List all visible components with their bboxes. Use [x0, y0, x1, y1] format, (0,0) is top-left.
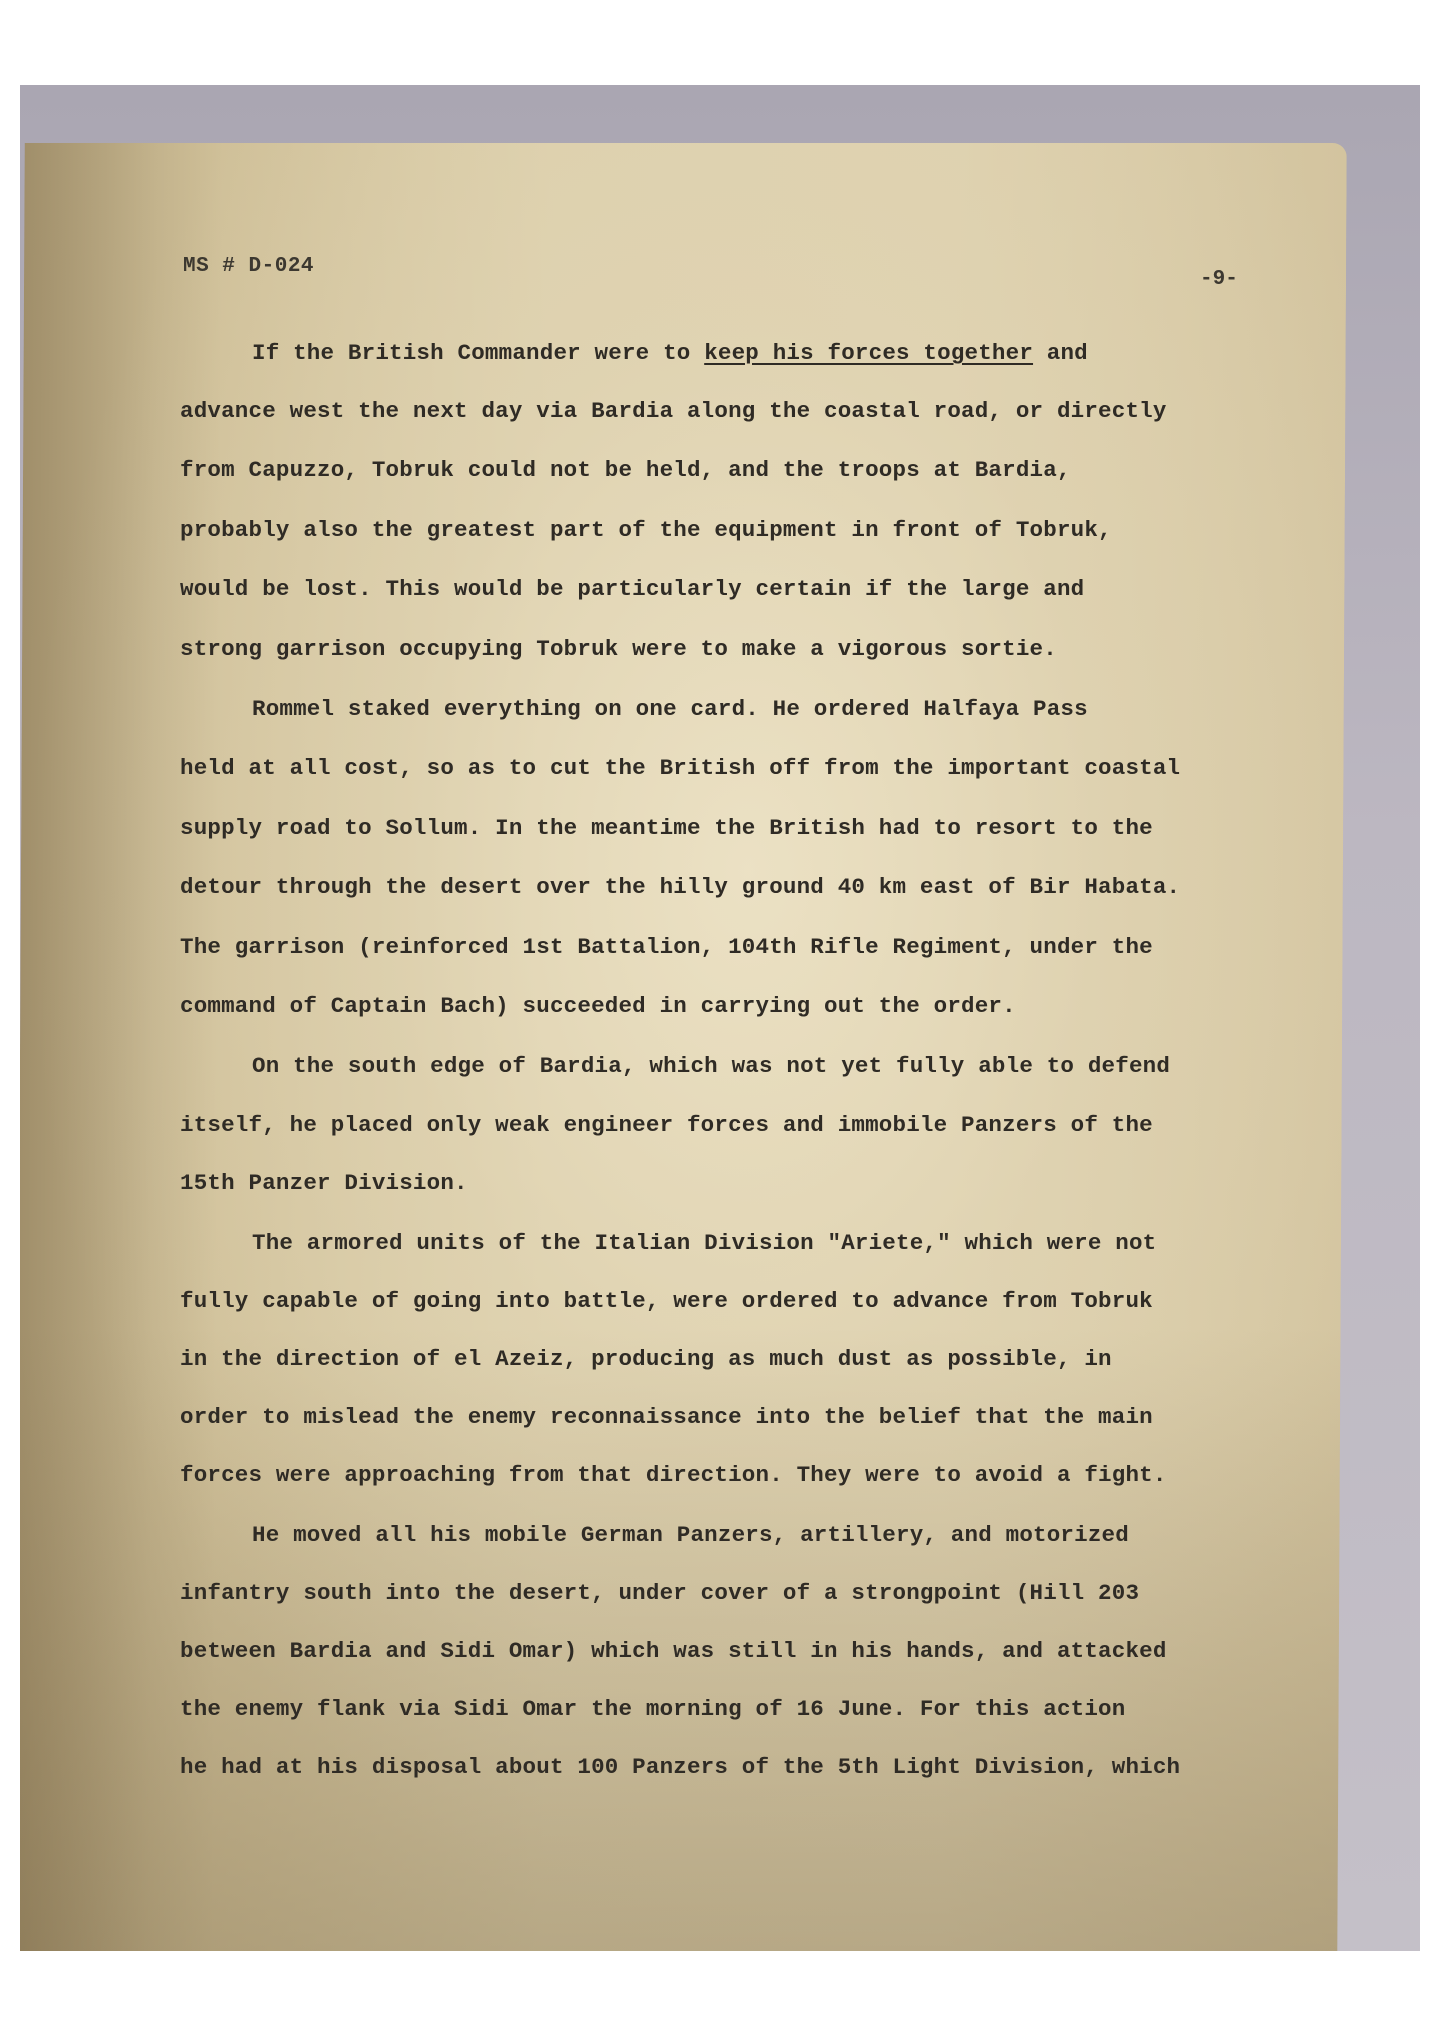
text-line: in the direction of el Azeiz, producing … [180, 1346, 1112, 1372]
text-line: If the British Commander were to keep hi… [252, 340, 1088, 366]
page-number: -9- [1200, 268, 1238, 291]
text-line: he had at his disposal about 100 Panzers… [180, 1754, 1180, 1780]
text-line: The garrison (reinforced 1st Battalion, … [180, 934, 1153, 960]
text-line: command of Captain Bach) succeeded in ca… [180, 993, 1016, 1019]
text-line: itself, he placed only weak engineer for… [180, 1112, 1153, 1138]
text-line: He moved all his mobile German Panzers, … [252, 1522, 1129, 1548]
text-line: the enemy flank via Sidi Omar the mornin… [180, 1696, 1125, 1722]
manuscript-id: MS # D-024 [183, 255, 314, 278]
text-line: held at all cost, so as to cut the Briti… [180, 755, 1180, 781]
text-line: order to mislead the enemy reconnaissanc… [180, 1404, 1153, 1430]
text-segment: If the British Commander were to [252, 340, 704, 366]
text-line: On the south edge of Bardia, which was n… [252, 1053, 1170, 1079]
text-line: probably also the greatest part of the e… [180, 517, 1112, 543]
text-line: The armored units of the Italian Divisio… [252, 1230, 1156, 1256]
text-line: strong garrison occupying Tobruk were to… [180, 636, 1057, 662]
text-line: Rommel staked everything on one card. He… [252, 696, 1088, 722]
text-line: infantry south into the desert, under co… [180, 1580, 1139, 1606]
text-line: between Bardia and Sidi Omar) which was … [180, 1638, 1167, 1664]
text-line: fully capable of going into battle, were… [180, 1288, 1153, 1314]
text-line: supply road to Sollum. In the meantime t… [180, 815, 1153, 841]
text-segment: and [1033, 340, 1088, 366]
text-line: would be lost. This would be particularl… [180, 576, 1084, 602]
text-line: forces were approaching from that direct… [180, 1462, 1167, 1488]
underlined-phrase: keep his forces together [704, 340, 1033, 366]
text-line: 15th Panzer Division. [180, 1170, 468, 1196]
text-line: detour through the desert over the hilly… [180, 874, 1180, 900]
text-line: advance west the next day via Bardia alo… [180, 398, 1167, 424]
text-line: from Capuzzo, Tobruk could not be held, … [180, 457, 1071, 483]
